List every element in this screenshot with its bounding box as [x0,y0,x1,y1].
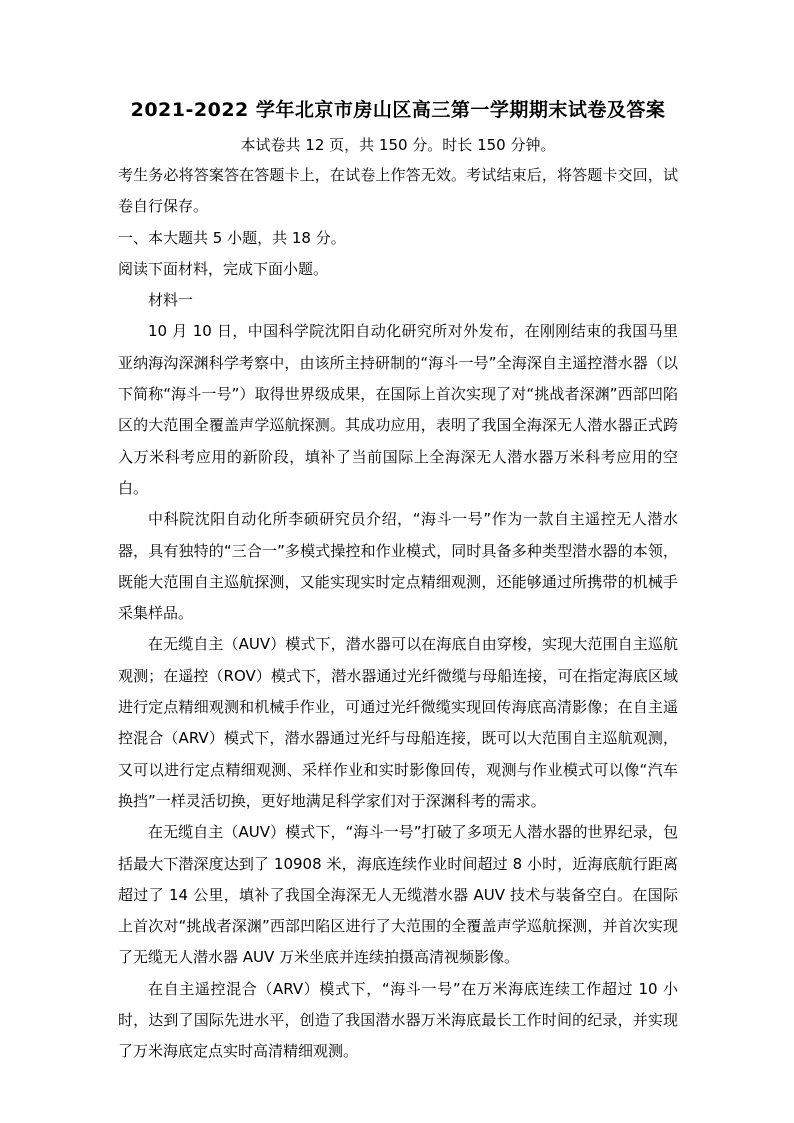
material-paragraph-4: 在无缆自主（AUV）模式下，“海斗一号”打破了多项无人潜水器的世界纪录，包括最大… [118,817,678,973]
material-label: 材料一 [118,285,678,316]
reading-instruction: 阅读下面材料，完成下面小题。 [118,254,678,285]
section-heading: 一、本大题共 5 小题，共 18 分。 [118,223,678,254]
material-paragraph-1: 10 月 10 日，中国科学院沈阳自动化研究所对外发布，在刚刚结束的我国马里亚纳… [118,316,678,504]
exam-document-page: 2021-2022 学年北京市房山区高三第一学期期末试卷及答案 本试卷共 12 … [0,0,794,1123]
material-paragraph-5: 在自主遥控混合（ARV）模式下，“海斗一号”在万米海底连续工作超过 10 小时，… [118,974,678,1068]
material-paragraph-3: 在无缆自主（AUV）模式下，潜水器可以在海底自由穿梭，实现大范围自主巡航观测；在… [118,629,678,817]
document-subtitle: 本试卷共 12 页，共 150 分。时长 150 分钟。 [118,130,678,160]
exam-notice: 考生务必将答案答在答题卡上，在试卷上作答无效。考试结束后，将答题卡交回，试卷自行… [118,160,678,223]
material-paragraph-2: 中科院沈阳自动化所李硕研究员介绍，“海斗一号”作为一款自主遥控无人潜水器，具有独… [118,504,678,629]
document-title: 2021-2022 学年北京市房山区高三第一学期期末试卷及答案 [118,97,678,124]
